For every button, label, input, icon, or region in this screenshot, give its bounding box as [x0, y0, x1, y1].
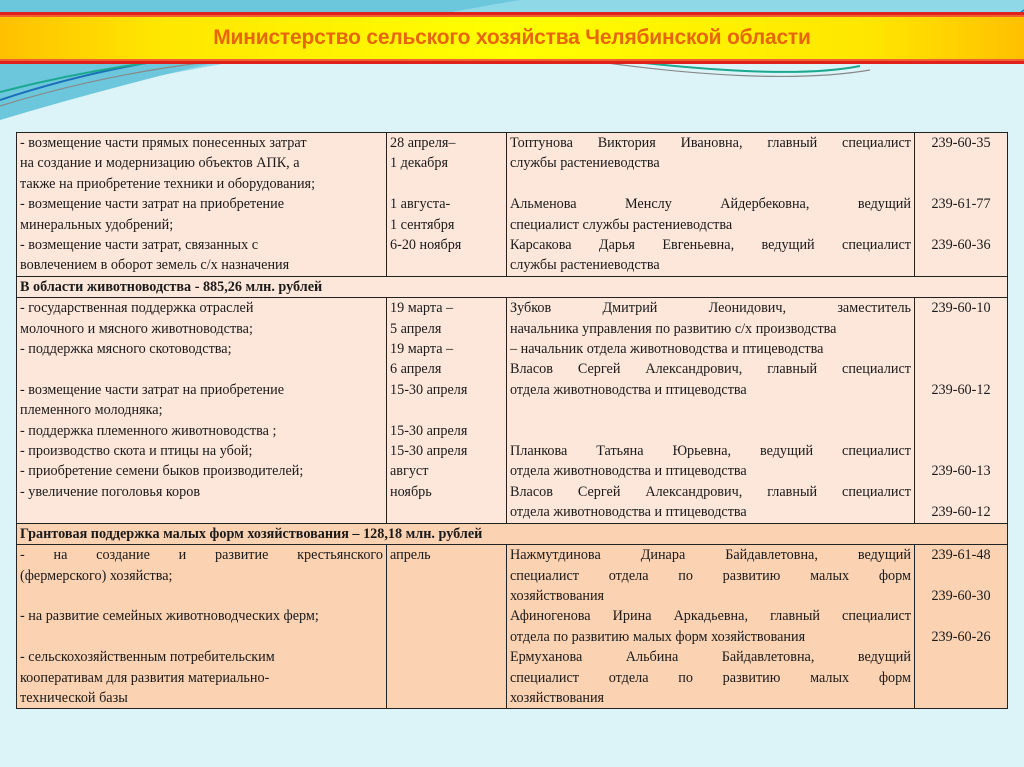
- contact-text: хозяйствования: [510, 586, 911, 606]
- section-header-row: Грантовая поддержка малых форм хозяйство…: [17, 523, 1008, 544]
- phone-number: 239-60-30: [918, 586, 1004, 606]
- date-text: 15-30 апреля: [390, 441, 503, 461]
- section-title: В области животноводства - 885,26 млн. р…: [17, 276, 1008, 297]
- measure-text: племенного молодняка;: [20, 400, 383, 420]
- contact-text: хозяйствования: [510, 688, 911, 708]
- contact-text: отдела животноводства и птицеводства: [510, 380, 911, 400]
- phone-number: 239-61-48: [918, 545, 1004, 565]
- phone-number: 239-60-26: [918, 627, 1004, 647]
- section-title: Грантовая поддержка малых форм хозяйство…: [17, 523, 1008, 544]
- contact-text: Планкова Татьяна Юрьевна, ведущий специа…: [510, 441, 911, 461]
- contacts-cell: Зубков Дмитрий Леонидович, заместитель н…: [507, 298, 915, 523]
- contacts-cell: Топтунова Виктория Ивановна, главный спе…: [507, 133, 915, 277]
- measure-text: - возмещение части затрат на приобретени…: [20, 194, 383, 214]
- contact-text: Зубков Дмитрий Леонидович, заместитель: [510, 298, 911, 318]
- dates-cell: апрель: [387, 545, 507, 709]
- measure-text: на создание и модернизацию объектов АПК,…: [20, 153, 383, 173]
- measures-cell: - государственная поддержка отраслей мол…: [17, 298, 387, 523]
- measure-text: вовлечением в оборот земель с/х назначен…: [20, 255, 383, 275]
- table-row: - возмещение части прямых понесенных зат…: [17, 133, 1008, 277]
- measure-text: - возмещение части прямых понесенных зат…: [20, 133, 383, 153]
- contacts-cell: Нажмутдинова Динара Байдавлетовна, ведущ…: [507, 545, 915, 709]
- contact-text: специалист службы растениеводства: [510, 215, 911, 235]
- contact-text: Ермуханова Альбина Байдавлетовна, ведущи…: [510, 647, 911, 667]
- date-text: август: [390, 461, 503, 481]
- contact-text: Власов Сергей Александрович, главный спе…: [510, 482, 911, 502]
- date-text: ноябрь: [390, 482, 503, 502]
- contact-text: службы растениеводства: [510, 255, 911, 275]
- measure-text: - приобретение семени быков производител…: [20, 461, 383, 481]
- measure-text: минеральных удобрений;: [20, 215, 383, 235]
- contact-text: отдела по развитию малых форм хозяйствов…: [510, 627, 911, 647]
- date-text: 5 апреля: [390, 319, 503, 339]
- measure-text: - производство скота и птицы на убой;: [20, 441, 383, 461]
- measure-text: - поддержка племенного животноводства ;: [20, 421, 383, 441]
- date-text: 6 апреля: [390, 359, 503, 379]
- contact-text: Власов Сергей Александрович, главный спе…: [510, 359, 911, 379]
- phones-cell: 239-61-48 239-60-30 239-60-26: [915, 545, 1008, 709]
- page-title: Министерство сельского хозяйства Челябин…: [213, 26, 810, 50]
- header-banner: Министерство сельского хозяйства Челябин…: [0, 12, 1024, 64]
- measures-cell: - возмещение части прямых понесенных зат…: [17, 133, 387, 277]
- measure-text: - поддержка мясного скотоводства;: [20, 339, 383, 359]
- date-text: 6-20 ноября: [390, 235, 503, 255]
- table-row: - государственная поддержка отраслей мол…: [17, 298, 1008, 523]
- measure-text: также на приобретение техники и оборудов…: [20, 174, 383, 194]
- measure-text: - на развитие семейных животноводческих …: [20, 606, 383, 626]
- table-row: - на создание и развитие крестьянского (…: [17, 545, 1008, 709]
- date-text: 28 апреля–: [390, 133, 503, 153]
- contact-text: отдела животноводства и птицеводства: [510, 461, 911, 481]
- contact-text: начальника управления по развитию с/х пр…: [510, 319, 911, 339]
- date-text: 1 августа-: [390, 194, 503, 214]
- measure-text: - возмещение части затрат на приобретени…: [20, 380, 383, 400]
- contact-text: специалист отдела по развитию малых форм: [510, 566, 911, 586]
- phone-number: 239-60-36: [918, 235, 1004, 255]
- measure-text: кооперативам для развития материально-: [20, 668, 383, 688]
- contact-text: – начальник отдела животноводства и птиц…: [510, 339, 911, 359]
- contact-text: отдела животноводства и птицеводства: [510, 502, 911, 522]
- phone-number: 239-61-77: [918, 194, 1004, 214]
- date-text: 1 сентября: [390, 215, 503, 235]
- measure-text: молочного и мясного животноводства;: [20, 319, 383, 339]
- date-text: 19 марта –: [390, 298, 503, 318]
- date-text: 1 декабря: [390, 153, 503, 173]
- phone-number: 239-60-12: [918, 502, 1004, 522]
- dates-cell: 19 марта – 5 апреля 19 марта – 6 апреля …: [387, 298, 507, 523]
- phones-cell: 239-60-35 239-61-77 239-60-36: [915, 133, 1008, 277]
- date-text: 15-30 апреля: [390, 380, 503, 400]
- measures-cell: - на создание и развитие крестьянского (…: [17, 545, 387, 709]
- phone-number: 239-60-10: [918, 298, 1004, 318]
- dates-cell: 28 апреля– 1 декабря 1 августа- 1 сентяб…: [387, 133, 507, 277]
- measure-text: (фермерского) хозяйства;: [20, 566, 383, 586]
- phones-cell: 239-60-10 239-60-12 239-60-13 239-60-12: [915, 298, 1008, 523]
- measure-text: - сельскохозяйственным потребительским: [20, 647, 383, 667]
- contact-text: Карсакова Дарья Евгеньевна, ведущий спец…: [510, 235, 911, 255]
- date-text: 15-30 апреля: [390, 421, 503, 441]
- measure-text: - на создание и развитие крестьянского: [20, 545, 383, 565]
- contact-text: Афиногенова Ирина Аркадьевна, главный сп…: [510, 606, 911, 626]
- contact-text: службы растениеводства: [510, 153, 911, 173]
- date-text: 19 марта –: [390, 339, 503, 359]
- contact-text: специалист отдела по развитию малых форм: [510, 668, 911, 688]
- contact-text: Альменова Менслу Айдербековна, ведущий: [510, 194, 911, 214]
- support-measures-table: - возмещение части прямых понесенных зат…: [16, 132, 1008, 709]
- measure-text: - увеличение поголовья коров: [20, 482, 383, 502]
- section-header-row: В области животноводства - 885,26 млн. р…: [17, 276, 1008, 297]
- phone-number: 239-60-35: [918, 133, 1004, 153]
- measure-text: технической базы: [20, 688, 383, 708]
- measure-text: - возмещение части затрат, связанных с: [20, 235, 383, 255]
- phone-number: 239-60-12: [918, 380, 1004, 400]
- contact-text: Топтунова Виктория Ивановна, главный спе…: [510, 133, 911, 153]
- phone-number: 239-60-13: [918, 461, 1004, 481]
- date-text: апрель: [390, 545, 503, 565]
- measure-text: - государственная поддержка отраслей: [20, 298, 383, 318]
- contact-text: Нажмутдинова Динара Байдавлетовна, ведущ…: [510, 545, 911, 565]
